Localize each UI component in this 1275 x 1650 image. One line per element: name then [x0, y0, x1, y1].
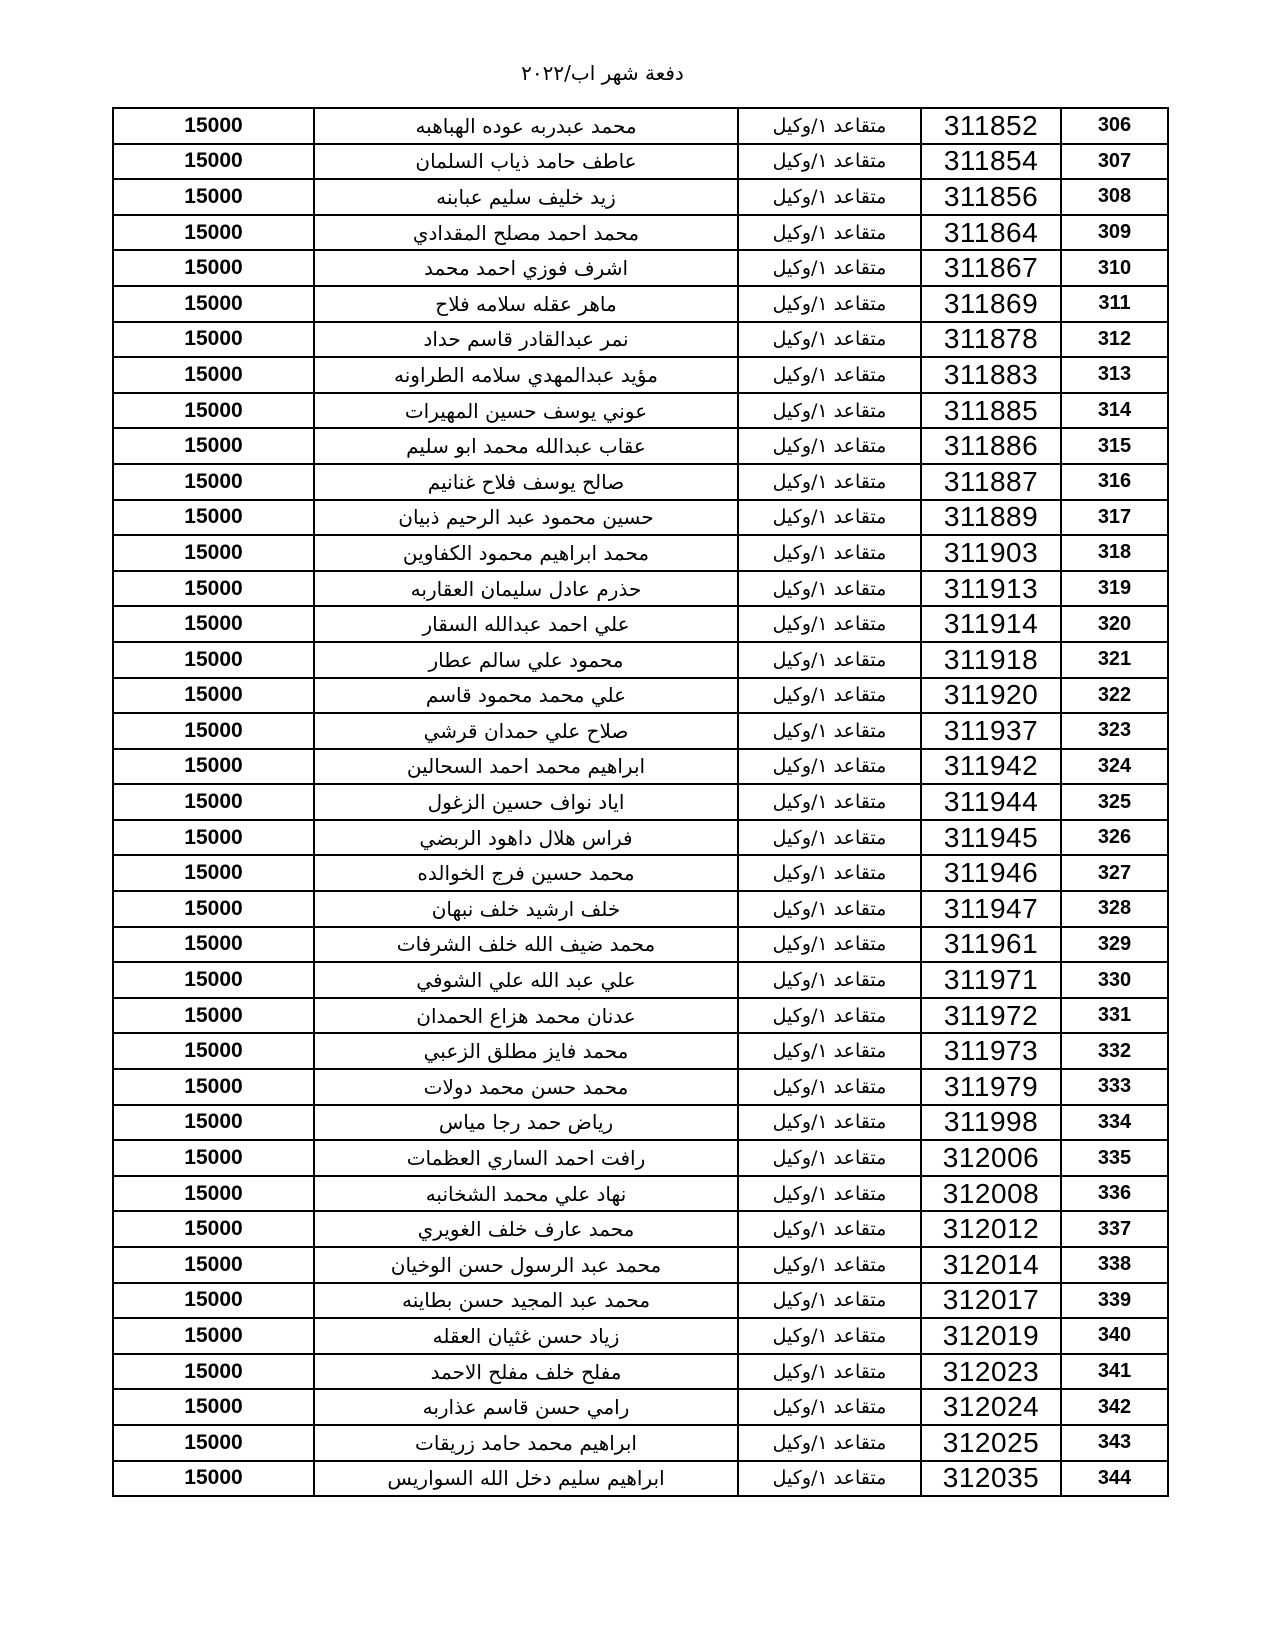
- amount-cell: 15000: [113, 500, 314, 536]
- id-cell: 312006: [921, 1140, 1061, 1176]
- name-cell: صالح يوسف فلاح غنانيم: [314, 464, 738, 500]
- id-cell: 311852: [921, 108, 1061, 144]
- name-cell: اشرف فوزي احمد محمد: [314, 250, 738, 286]
- amount-cell: 15000: [113, 713, 314, 749]
- table-row: 329311961متقاعد ١/وكيلمحمد ضيف الله خلف …: [113, 927, 1168, 963]
- rank-cell: متقاعد ١/وكيل: [738, 108, 921, 144]
- amount-cell: 15000: [113, 1461, 314, 1497]
- table-row: 322311920متقاعد ١/وكيلعلي محمد محمود قاس…: [113, 678, 1168, 714]
- serial-cell: 320: [1061, 606, 1168, 642]
- id-cell: 311883: [921, 357, 1061, 393]
- table-row: 313311883متقاعد ١/وكيلمؤيد عبدالمهدي سلا…: [113, 357, 1168, 393]
- name-cell: علي احمد عبدالله السقار: [314, 606, 738, 642]
- name-cell: محمد عبد المجيد حسن بطاينه: [314, 1283, 738, 1319]
- rank-cell: متقاعد ١/وكيل: [738, 250, 921, 286]
- name-cell: محمد فايز مطلق الزعبي: [314, 1033, 738, 1069]
- id-cell: 311887: [921, 464, 1061, 500]
- table-row: 332311973متقاعد ١/وكيلمحمد فايز مطلق الز…: [113, 1033, 1168, 1069]
- table-row: 321311918متقاعد ١/وكيلمحمود علي سالم عطا…: [113, 642, 1168, 678]
- amount-cell: 15000: [113, 464, 314, 500]
- table-row: 336312008متقاعد ١/وكيلنهاد علي محمد الشخ…: [113, 1176, 1168, 1212]
- serial-cell: 310: [1061, 250, 1168, 286]
- serial-cell: 337: [1061, 1211, 1168, 1247]
- id-cell: 312019: [921, 1318, 1061, 1354]
- amount-cell: 15000: [113, 1069, 314, 1105]
- serial-cell: 326: [1061, 820, 1168, 856]
- serial-cell: 315: [1061, 428, 1168, 464]
- serial-cell: 321: [1061, 642, 1168, 678]
- serial-cell: 327: [1061, 855, 1168, 891]
- rank-cell: متقاعد ١/وكيل: [738, 784, 921, 820]
- table-body: 306311852متقاعد ١/وكيلمحمد عبدربه عوده ا…: [113, 108, 1168, 1496]
- amount-cell: 15000: [113, 571, 314, 607]
- serial-cell: 333: [1061, 1069, 1168, 1105]
- id-cell: 311885: [921, 393, 1061, 429]
- serial-cell: 335: [1061, 1140, 1168, 1176]
- amount-cell: 15000: [113, 393, 314, 429]
- rank-cell: متقاعد ١/وكيل: [738, 144, 921, 180]
- id-cell: 311998: [921, 1105, 1061, 1141]
- id-cell: 311944: [921, 784, 1061, 820]
- serial-cell: 306: [1061, 108, 1168, 144]
- table-row: 328311947متقاعد ١/وكيلخلف ارشيد خلف نبها…: [113, 891, 1168, 927]
- id-cell: 311946: [921, 855, 1061, 891]
- name-cell: صلاح علي حمدان قرشي: [314, 713, 738, 749]
- serial-cell: 313: [1061, 357, 1168, 393]
- rank-cell: متقاعد ١/وكيل: [738, 322, 921, 358]
- rank-cell: متقاعد ١/وكيل: [738, 1283, 921, 1319]
- name-cell: مفلح خلف مفلح الاحمد: [314, 1354, 738, 1390]
- name-cell: حسين محمود عبد الرحيم ذبيان: [314, 500, 738, 536]
- id-cell: 311920: [921, 678, 1061, 714]
- table-row: 311311869متقاعد ١/وكيلماهر عقله سلامه فل…: [113, 286, 1168, 322]
- id-cell: 311961: [921, 927, 1061, 963]
- serial-cell: 314: [1061, 393, 1168, 429]
- name-cell: فراس هلال داهود الربضي: [314, 820, 738, 856]
- name-cell: محمود علي سالم عطار: [314, 642, 738, 678]
- id-cell: 312024: [921, 1389, 1061, 1425]
- amount-cell: 15000: [113, 215, 314, 251]
- amount-cell: 15000: [113, 820, 314, 856]
- rank-cell: متقاعد ١/وكيل: [738, 535, 921, 571]
- rank-cell: متقاعد ١/وكيل: [738, 428, 921, 464]
- table-row: 308311856متقاعد ١/وكيلزيد خليف سليم عباب…: [113, 179, 1168, 215]
- table-row: 340312019متقاعد ١/وكيلزياد حسن غثيان الع…: [113, 1318, 1168, 1354]
- table-row: 326311945متقاعد ١/وكيلفراس هلال داهود ال…: [113, 820, 1168, 856]
- serial-cell: 329: [1061, 927, 1168, 963]
- table-row: 317311889متقاعد ١/وكيلحسين محمود عبد الر…: [113, 500, 1168, 536]
- rank-cell: متقاعد ١/وكيل: [738, 855, 921, 891]
- serial-cell: 334: [1061, 1105, 1168, 1141]
- amount-cell: 15000: [113, 535, 314, 571]
- name-cell: زياد حسن غثيان العقله: [314, 1318, 738, 1354]
- amount-cell: 15000: [113, 1318, 314, 1354]
- rank-cell: متقاعد ١/وكيل: [738, 1389, 921, 1425]
- table-row: 334311998متقاعد ١/وكيلرياض حمد رجا مياس1…: [113, 1105, 1168, 1141]
- amount-cell: 15000: [113, 642, 314, 678]
- id-cell: 311973: [921, 1033, 1061, 1069]
- id-cell: 311889: [921, 500, 1061, 536]
- amount-cell: 15000: [113, 1389, 314, 1425]
- serial-cell: 318: [1061, 535, 1168, 571]
- serial-cell: 343: [1061, 1425, 1168, 1461]
- amount-cell: 15000: [113, 144, 314, 180]
- table-row: 342312024متقاعد ١/وكيلرامي حسن قاسم عذار…: [113, 1389, 1168, 1425]
- rank-cell: متقاعد ١/وكيل: [738, 571, 921, 607]
- name-cell: زيد خليف سليم عبابنه: [314, 179, 738, 215]
- rank-cell: متقاعد ١/وكيل: [738, 1318, 921, 1354]
- rank-cell: متقاعد ١/وكيل: [738, 1140, 921, 1176]
- serial-cell: 312: [1061, 322, 1168, 358]
- rank-cell: متقاعد ١/وكيل: [738, 1425, 921, 1461]
- pension-roster-table: 306311852متقاعد ١/وكيلمحمد عبدربه عوده ا…: [112, 107, 1169, 1497]
- table-row: 324311942متقاعد ١/وكيلابراهيم محمد احمد …: [113, 749, 1168, 785]
- table-row: 335312006متقاعد ١/وكيلرافت احمد الساري ا…: [113, 1140, 1168, 1176]
- id-cell: 311913: [921, 571, 1061, 607]
- table-row: 318311903متقاعد ١/وكيلمحمد ابراهيم محمود…: [113, 535, 1168, 571]
- rank-cell: متقاعد ١/وكيل: [738, 1354, 921, 1390]
- name-cell: محمد حسن محمد دولات: [314, 1069, 738, 1105]
- table-row: 331311972متقاعد ١/وكيلعدنان محمد هزاع ال…: [113, 998, 1168, 1034]
- name-cell: محمد حسين فرج الخوالده: [314, 855, 738, 891]
- table-row: 320311914متقاعد ١/وكيلعلي احمد عبدالله ا…: [113, 606, 1168, 642]
- id-cell: 311864: [921, 215, 1061, 251]
- amount-cell: 15000: [113, 855, 314, 891]
- rank-cell: متقاعد ١/وكيل: [738, 713, 921, 749]
- rank-cell: متقاعد ١/وكيل: [738, 891, 921, 927]
- table-row: 338312014متقاعد ١/وكيلمحمد عبد الرسول حس…: [113, 1247, 1168, 1283]
- serial-cell: 339: [1061, 1283, 1168, 1319]
- rank-cell: متقاعد ١/وكيل: [738, 464, 921, 500]
- name-cell: عاطف حامد ذياب السلمان: [314, 144, 738, 180]
- table-row: 319311913متقاعد ١/وكيلحذرم عادل سليمان ا…: [113, 571, 1168, 607]
- amount-cell: 15000: [113, 1033, 314, 1069]
- id-cell: 312025: [921, 1425, 1061, 1461]
- amount-cell: 15000: [113, 322, 314, 358]
- amount-cell: 15000: [113, 1140, 314, 1176]
- amount-cell: 15000: [113, 1354, 314, 1390]
- rank-cell: متقاعد ١/وكيل: [738, 1176, 921, 1212]
- name-cell: محمد عارف خلف الغويري: [314, 1211, 738, 1247]
- amount-cell: 15000: [113, 606, 314, 642]
- name-cell: رياض حمد رجا مياس: [314, 1105, 738, 1141]
- amount-cell: 15000: [113, 1211, 314, 1247]
- scanned-sheet: دفعة شهر اب/٢٠٢٢ 306311852متقاعد ١/وكيلم…: [0, 0, 1275, 1650]
- rank-cell: متقاعد ١/وكيل: [738, 286, 921, 322]
- serial-cell: 340: [1061, 1318, 1168, 1354]
- document-page: { "header": { "title": "دفعة شهر اب/٢٠٢٢…: [0, 0, 1275, 1650]
- id-cell: 311854: [921, 144, 1061, 180]
- rank-cell: متقاعد ١/وكيل: [738, 1105, 921, 1141]
- amount-cell: 15000: [113, 108, 314, 144]
- name-cell: عدنان محمد هزاع الحمدان: [314, 998, 738, 1034]
- id-cell: 312008: [921, 1176, 1061, 1212]
- amount-cell: 15000: [113, 1176, 314, 1212]
- amount-cell: 15000: [113, 428, 314, 464]
- id-cell: 311947: [921, 891, 1061, 927]
- rank-cell: متقاعد ١/وكيل: [738, 749, 921, 785]
- rank-cell: متقاعد ١/وكيل: [738, 1211, 921, 1247]
- rank-cell: متقاعد ١/وكيل: [738, 927, 921, 963]
- name-cell: ابراهيم محمد احمد السحالين: [314, 749, 738, 785]
- serial-cell: 332: [1061, 1033, 1168, 1069]
- name-cell: نهاد علي محمد الشخانبه: [314, 1176, 738, 1212]
- rank-cell: متقاعد ١/وكيل: [738, 606, 921, 642]
- id-cell: 312012: [921, 1211, 1061, 1247]
- amount-cell: 15000: [113, 179, 314, 215]
- id-cell: 311914: [921, 606, 1061, 642]
- page-title: دفعة شهر اب/٢٠٢٢: [0, 60, 1205, 86]
- name-cell: ابراهيم محمد حامد زريقات: [314, 1425, 738, 1461]
- serial-cell: 308: [1061, 179, 1168, 215]
- name-cell: رافت احمد الساري العظمات: [314, 1140, 738, 1176]
- serial-cell: 319: [1061, 571, 1168, 607]
- table-row: 307311854متقاعد ١/وكيلعاطف حامد ذياب الس…: [113, 144, 1168, 180]
- name-cell: عقاب عبدالله محمد ابو سليم: [314, 428, 738, 464]
- amount-cell: 15000: [113, 749, 314, 785]
- id-cell: 311979: [921, 1069, 1061, 1105]
- table-row: 323311937متقاعد ١/وكيلصلاح علي حمدان قرش…: [113, 713, 1168, 749]
- serial-cell: 341: [1061, 1354, 1168, 1390]
- amount-cell: 15000: [113, 1247, 314, 1283]
- id-cell: 312017: [921, 1283, 1061, 1319]
- amount-cell: 15000: [113, 784, 314, 820]
- table-row: 314311885متقاعد ١/وكيلعوني يوسف حسين الم…: [113, 393, 1168, 429]
- table-row: 343312025متقاعد ١/وكيلابراهيم محمد حامد …: [113, 1425, 1168, 1461]
- rank-cell: متقاعد ١/وكيل: [738, 1033, 921, 1069]
- id-cell: 312035: [921, 1461, 1061, 1497]
- serial-cell: 323: [1061, 713, 1168, 749]
- table-row: 316311887متقاعد ١/وكيلصالح يوسف فلاح غنا…: [113, 464, 1168, 500]
- serial-cell: 324: [1061, 749, 1168, 785]
- id-cell: 312023: [921, 1354, 1061, 1390]
- table-row: 312311878متقاعد ١/وكيلنمر عبدالقادر قاسم…: [113, 322, 1168, 358]
- name-cell: اياد نواف حسين الزغول: [314, 784, 738, 820]
- rank-cell: متقاعد ١/وكيل: [738, 179, 921, 215]
- serial-cell: 317: [1061, 500, 1168, 536]
- table-row: 337312012متقاعد ١/وكيلمحمد عارف خلف الغو…: [113, 1211, 1168, 1247]
- serial-cell: 307: [1061, 144, 1168, 180]
- name-cell: محمد ابراهيم محمود الكفاوين: [314, 535, 738, 571]
- table-row: 310311867متقاعد ١/وكيلاشرف فوزي احمد محم…: [113, 250, 1168, 286]
- name-cell: محمد ضيف الله خلف الشرفات: [314, 927, 738, 963]
- serial-cell: 344: [1061, 1461, 1168, 1497]
- rank-cell: متقاعد ١/وكيل: [738, 642, 921, 678]
- serial-cell: 330: [1061, 962, 1168, 998]
- id-cell: 311971: [921, 962, 1061, 998]
- amount-cell: 15000: [113, 927, 314, 963]
- serial-cell: 331: [1061, 998, 1168, 1034]
- table-row: 325311944متقاعد ١/وكيلاياد نواف حسين الز…: [113, 784, 1168, 820]
- id-cell: 312014: [921, 1247, 1061, 1283]
- name-cell: رامي حسن قاسم عذاربه: [314, 1389, 738, 1425]
- serial-cell: 328: [1061, 891, 1168, 927]
- serial-cell: 338: [1061, 1247, 1168, 1283]
- name-cell: عوني يوسف حسين المهيرات: [314, 393, 738, 429]
- name-cell: نمر عبدالقادر قاسم حداد: [314, 322, 738, 358]
- amount-cell: 15000: [113, 962, 314, 998]
- id-cell: 311918: [921, 642, 1061, 678]
- rank-cell: متقاعد ١/وكيل: [738, 500, 921, 536]
- name-cell: حذرم عادل سليمان العقاربه: [314, 571, 738, 607]
- serial-cell: 311: [1061, 286, 1168, 322]
- id-cell: 311878: [921, 322, 1061, 358]
- amount-cell: 15000: [113, 1105, 314, 1141]
- amount-cell: 15000: [113, 891, 314, 927]
- name-cell: محمد عبد الرسول حسن الوخيان: [314, 1247, 738, 1283]
- rank-cell: متقاعد ١/وكيل: [738, 1461, 921, 1497]
- amount-cell: 15000: [113, 678, 314, 714]
- rank-cell: متقاعد ١/وكيل: [738, 962, 921, 998]
- serial-cell: 322: [1061, 678, 1168, 714]
- rank-cell: متقاعد ١/وكيل: [738, 357, 921, 393]
- rank-cell: متقاعد ١/وكيل: [738, 998, 921, 1034]
- table-row: 309311864متقاعد ١/وكيلمحمد احمد مصلح الم…: [113, 215, 1168, 251]
- table-row: 339312017متقاعد ١/وكيلمحمد عبد المجيد حس…: [113, 1283, 1168, 1319]
- name-cell: ماهر عقله سلامه فلاح: [314, 286, 738, 322]
- table-row: 315311886متقاعد ١/وكيلعقاب عبدالله محمد …: [113, 428, 1168, 464]
- name-cell: محمد عبدربه عوده الهباهبه: [314, 108, 738, 144]
- name-cell: ابراهيم سليم دخل الله السواريس: [314, 1461, 738, 1497]
- rank-cell: متقاعد ١/وكيل: [738, 678, 921, 714]
- id-cell: 311942: [921, 749, 1061, 785]
- id-cell: 311886: [921, 428, 1061, 464]
- id-cell: 311867: [921, 250, 1061, 286]
- serial-cell: 342: [1061, 1389, 1168, 1425]
- amount-cell: 15000: [113, 357, 314, 393]
- id-cell: 311945: [921, 820, 1061, 856]
- id-cell: 311903: [921, 535, 1061, 571]
- table-row: 327311946متقاعد ١/وكيلمحمد حسين فرج الخو…: [113, 855, 1168, 891]
- serial-cell: 325: [1061, 784, 1168, 820]
- id-cell: 311856: [921, 179, 1061, 215]
- name-cell: محمد احمد مصلح المقدادي: [314, 215, 738, 251]
- amount-cell: 15000: [113, 998, 314, 1034]
- rank-cell: متقاعد ١/وكيل: [738, 393, 921, 429]
- table-row: 333311979متقاعد ١/وكيلمحمد حسن محمد دولا…: [113, 1069, 1168, 1105]
- table-row: 341312023متقاعد ١/وكيلمفلح خلف مفلح الاح…: [113, 1354, 1168, 1390]
- table-row: 306311852متقاعد ١/وكيلمحمد عبدربه عوده ا…: [113, 108, 1168, 144]
- amount-cell: 15000: [113, 250, 314, 286]
- rank-cell: متقاعد ١/وكيل: [738, 1247, 921, 1283]
- name-cell: خلف ارشيد خلف نبهان: [314, 891, 738, 927]
- rank-cell: متقاعد ١/وكيل: [738, 1069, 921, 1105]
- table-row: 330311971متقاعد ١/وكيلعلي عبد الله علي ا…: [113, 962, 1168, 998]
- id-cell: 311869: [921, 286, 1061, 322]
- name-cell: علي محمد محمود قاسم: [314, 678, 738, 714]
- amount-cell: 15000: [113, 1425, 314, 1461]
- amount-cell: 15000: [113, 286, 314, 322]
- id-cell: 311937: [921, 713, 1061, 749]
- serial-cell: 336: [1061, 1176, 1168, 1212]
- serial-cell: 309: [1061, 215, 1168, 251]
- rank-cell: متقاعد ١/وكيل: [738, 215, 921, 251]
- serial-cell: 316: [1061, 464, 1168, 500]
- amount-cell: 15000: [113, 1283, 314, 1319]
- table-row: 344312035متقاعد ١/وكيلابراهيم سليم دخل ا…: [113, 1461, 1168, 1497]
- rank-cell: متقاعد ١/وكيل: [738, 820, 921, 856]
- name-cell: مؤيد عبدالمهدي سلامه الطراونه: [314, 357, 738, 393]
- id-cell: 311972: [921, 998, 1061, 1034]
- name-cell: علي عبد الله علي الشوفي: [314, 962, 738, 998]
